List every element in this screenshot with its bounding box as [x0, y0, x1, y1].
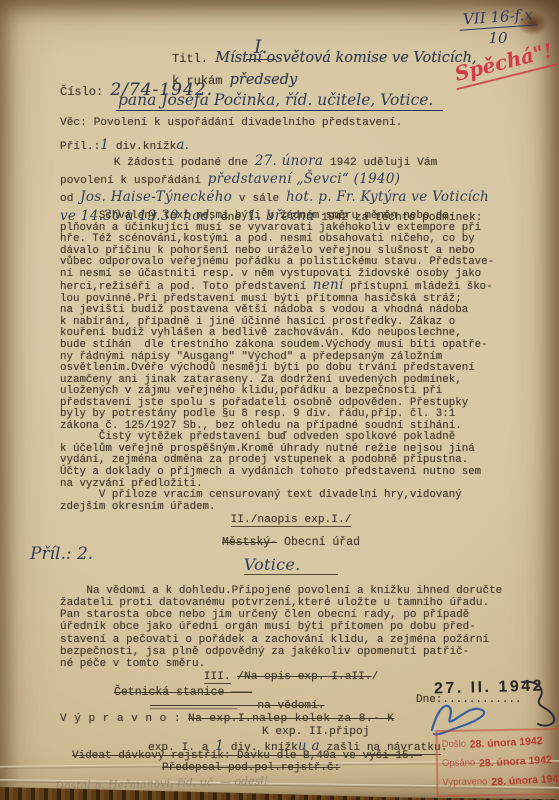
section-2-city: Votice.	[60, 555, 522, 575]
enclosure-line: Příl.:1 div.knížka.	[60, 137, 189, 153]
stamp-date: 28. února 1942	[479, 751, 553, 773]
signature-flourish-icon	[516, 678, 559, 730]
stamp-label: Vypraveno	[442, 776, 487, 788]
section-2-heading: II./naopis exp.I./	[60, 514, 522, 526]
section-2-addressee: Městský- Obecní úřad	[60, 536, 522, 549]
gendarmerie-line: Četnická stanice ———	[114, 686, 252, 699]
k-rukam-value: předsedy	[230, 72, 298, 88]
stamp-date: 28. února 1942	[470, 732, 544, 754]
document-number-label: Číslo:	[60, 85, 103, 99]
attention-row: k rukám předsedy	[172, 72, 297, 88]
titl-label: Titl.	[172, 52, 208, 66]
stamp-label: Došlo	[442, 739, 466, 750]
addressee-name: pana Josefa Počinka, říd. učitele, Votic…	[116, 91, 443, 111]
titl-value: Místní osvětová komise ve Voticích,	[215, 50, 476, 66]
for-information-line: _____________ na vědomí.	[150, 700, 325, 712]
scanned-document: Číslo: 2/74-1942. I. VII 16-f.x 10 Titl.…	[0, 0, 559, 800]
conditions-paragraph: Schválený text nesmí býti v žádném směru…	[60, 211, 494, 513]
registry-stamp-box: Došlo28. února 1942 Opsáno28. února 1942…	[435, 728, 559, 797]
stamp-label: Opsáno	[442, 757, 475, 769]
fee-register-line: Videat dávkový rejstřík: Dávku dle B,40a…	[72, 750, 422, 762]
filing-reference-top: VII 16-f.x	[458, 5, 537, 30]
dispatch-line: V ý p r a v n o : Na exp.I.nalep kolek z…	[60, 713, 394, 725]
stamp-date: 28. února 1942	[491, 770, 559, 792]
subject-line: Věc: Povolení k uspořádání divadelního p…	[60, 117, 402, 129]
addressee-title-row: Titl. Místní osvětová komise ve Voticích…	[172, 50, 477, 66]
stamp-row-dispatched: Vypraveno28. února 1942	[442, 771, 558, 792]
k-rukam-label: k rukám	[172, 74, 222, 88]
instruction-paragraph: Na vědomí a k dohledu.Připojené povolení…	[60, 585, 502, 670]
dispatch-note-1: K exp. II.připoj	[262, 726, 369, 738]
margin-enclosure-note: Příl.: 2.	[30, 544, 93, 564]
